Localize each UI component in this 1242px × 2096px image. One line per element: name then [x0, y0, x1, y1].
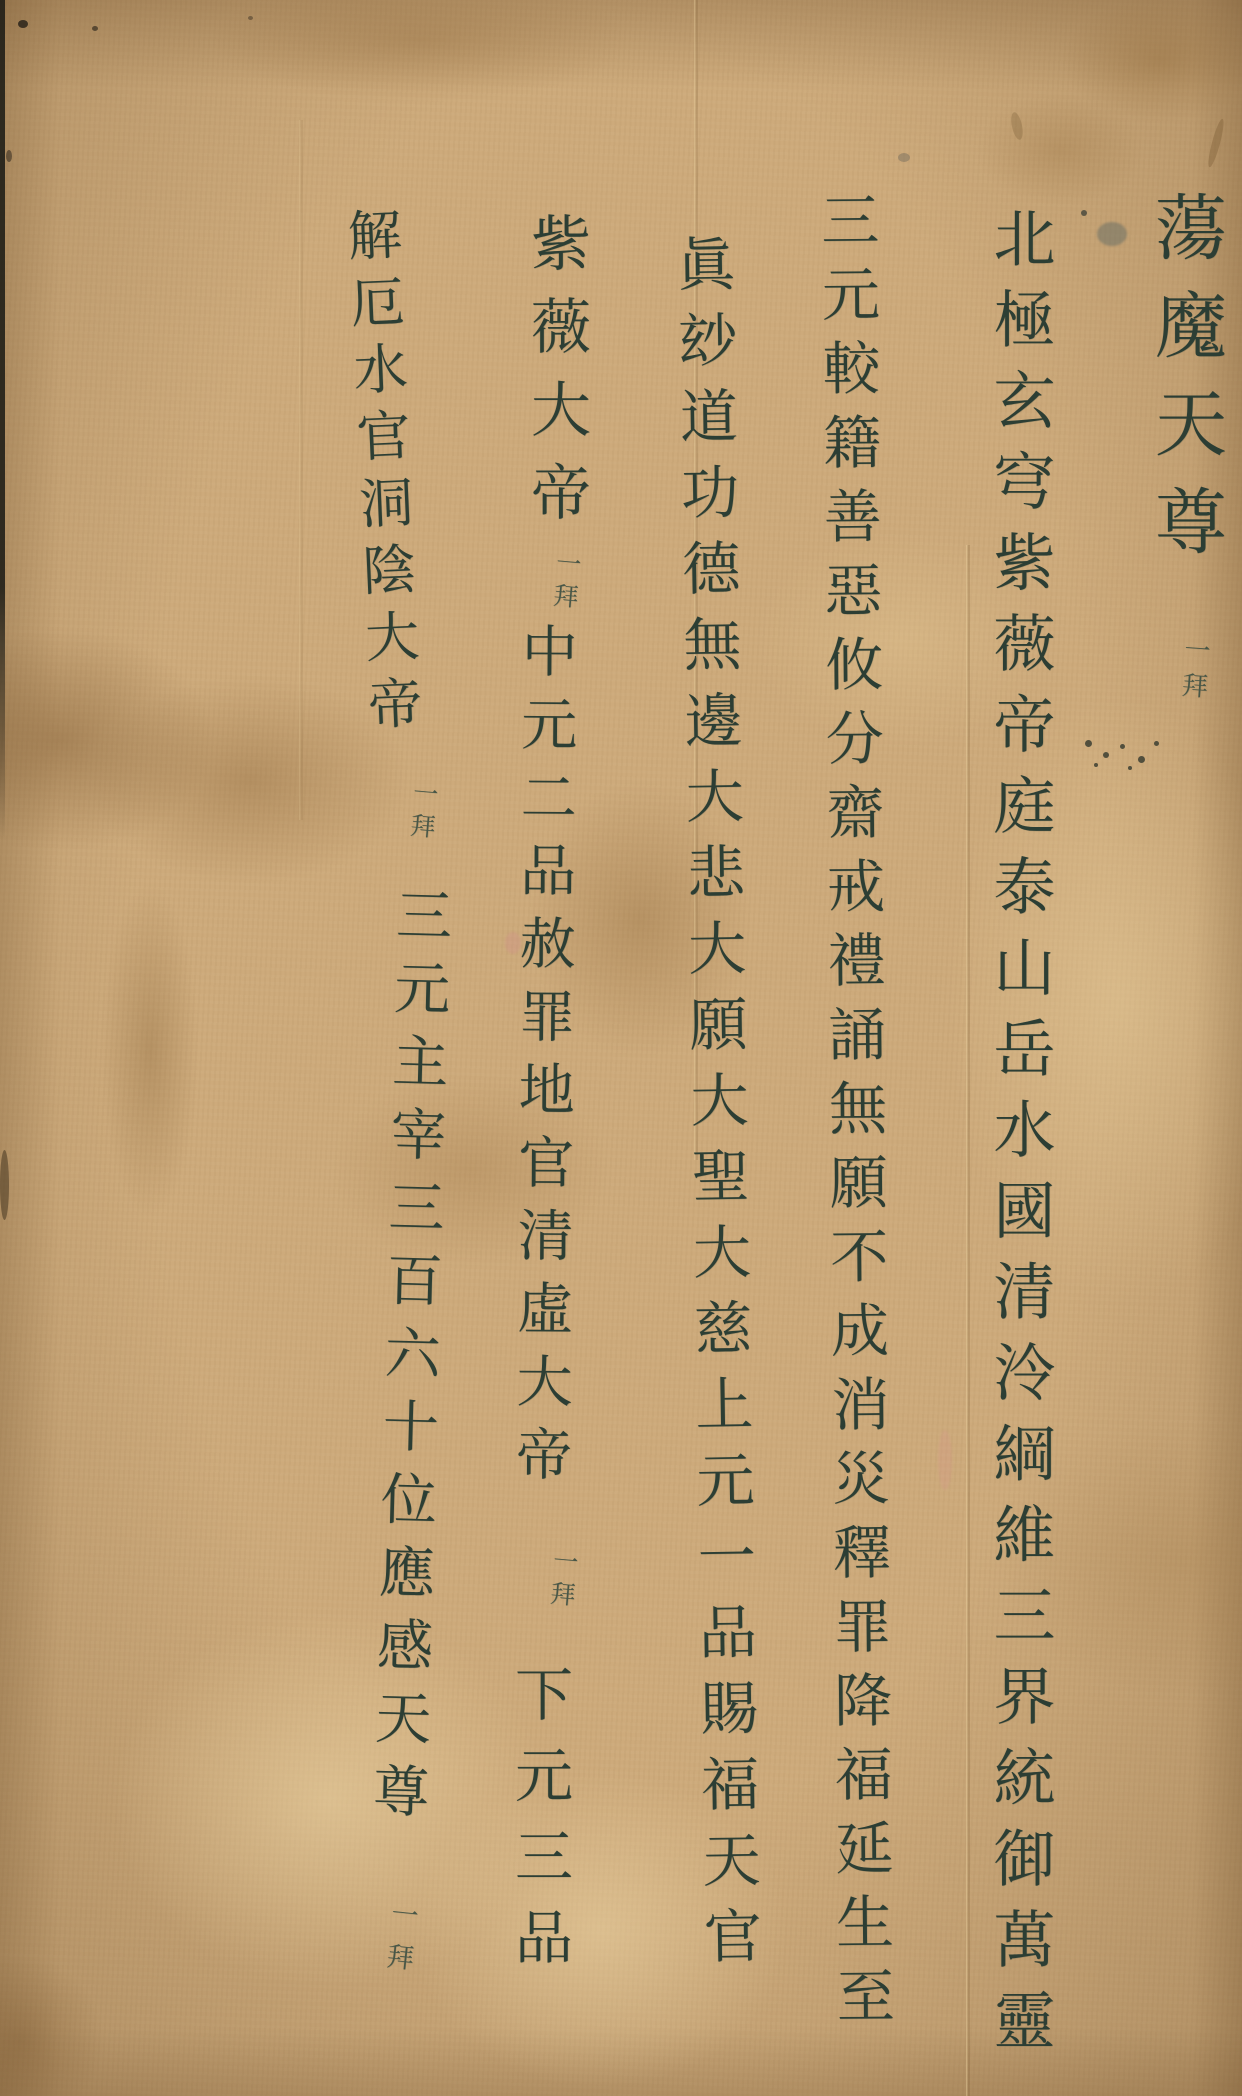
column-6-water-official-dongyin-dadi: 解厄水官洞陰大帝 — [342, 206, 419, 744]
gray-smudge — [1097, 222, 1127, 246]
ink-speck — [1085, 740, 1092, 747]
crease-line — [966, 545, 970, 2096]
ink-speck — [1154, 741, 1159, 746]
column-5-bow-annotation-2: 一拜 — [547, 1547, 578, 1615]
brown-curl-mark — [1206, 118, 1227, 168]
column-6-three-primes-ruler-tianzun: 三元主宰三百六十位應感天尊 — [367, 885, 448, 1835]
gray-smudge — [898, 153, 910, 162]
column-4-hymn-line: 眞玅道功德無邊大悲大願大聖大慈上元一品賜福天官 — [672, 234, 757, 1983]
ink-speck — [92, 26, 98, 31]
column-5-lower-prime-third-rank: 下元三品 — [510, 1664, 568, 1988]
pink-stain — [938, 1430, 952, 1490]
ink-speck — [1138, 756, 1145, 763]
scan-edge-shadow — [0, 0, 5, 840]
column-3-hymn-line: 三元較籍善惡攸分齋戒禮誦無願不成消災釋罪降福延生至 — [816, 190, 890, 2040]
column-1-deity-title: 蕩魔天尊 — [1149, 190, 1221, 582]
ink-speck — [0, 1150, 9, 1220]
ink-speck — [1128, 766, 1132, 770]
ink-speck — [18, 20, 28, 28]
ink-speck — [1081, 210, 1087, 216]
column-1-bow-annotation: 一拜 — [1178, 635, 1209, 709]
column-5-deity-ziwei-dadi: 紫薇大帝 — [526, 212, 586, 544]
column-6-bow-annotation-2: 一拜 — [381, 1899, 417, 1987]
column-2-hymn-line: 北極玄穹紫薇帝庭泰山岳水國清泠綱維三界統御萬靈 — [988, 206, 1050, 2069]
ink-speck — [1120, 744, 1125, 749]
column-5-middle-prime-earth-official: 中元二品赦罪地官清虛大帝 — [511, 622, 573, 1498]
ink-speck — [1094, 763, 1098, 767]
brown-curl-mark — [1009, 111, 1025, 140]
ink-speck — [248, 16, 253, 20]
crease-line — [299, 120, 303, 820]
manuscript-page: 蕩魔天尊 一拜 北極玄穹紫薇帝庭泰山岳水國清泠綱維三界統御萬靈 三元較籍善惡攸分… — [0, 0, 1242, 2096]
ink-speck — [6, 150, 12, 162]
column-5-bow-annotation-1: 一拜 — [550, 549, 581, 617]
ink-speck — [1103, 752, 1109, 758]
column-6-bow-annotation-1: 一拜 — [407, 779, 438, 847]
